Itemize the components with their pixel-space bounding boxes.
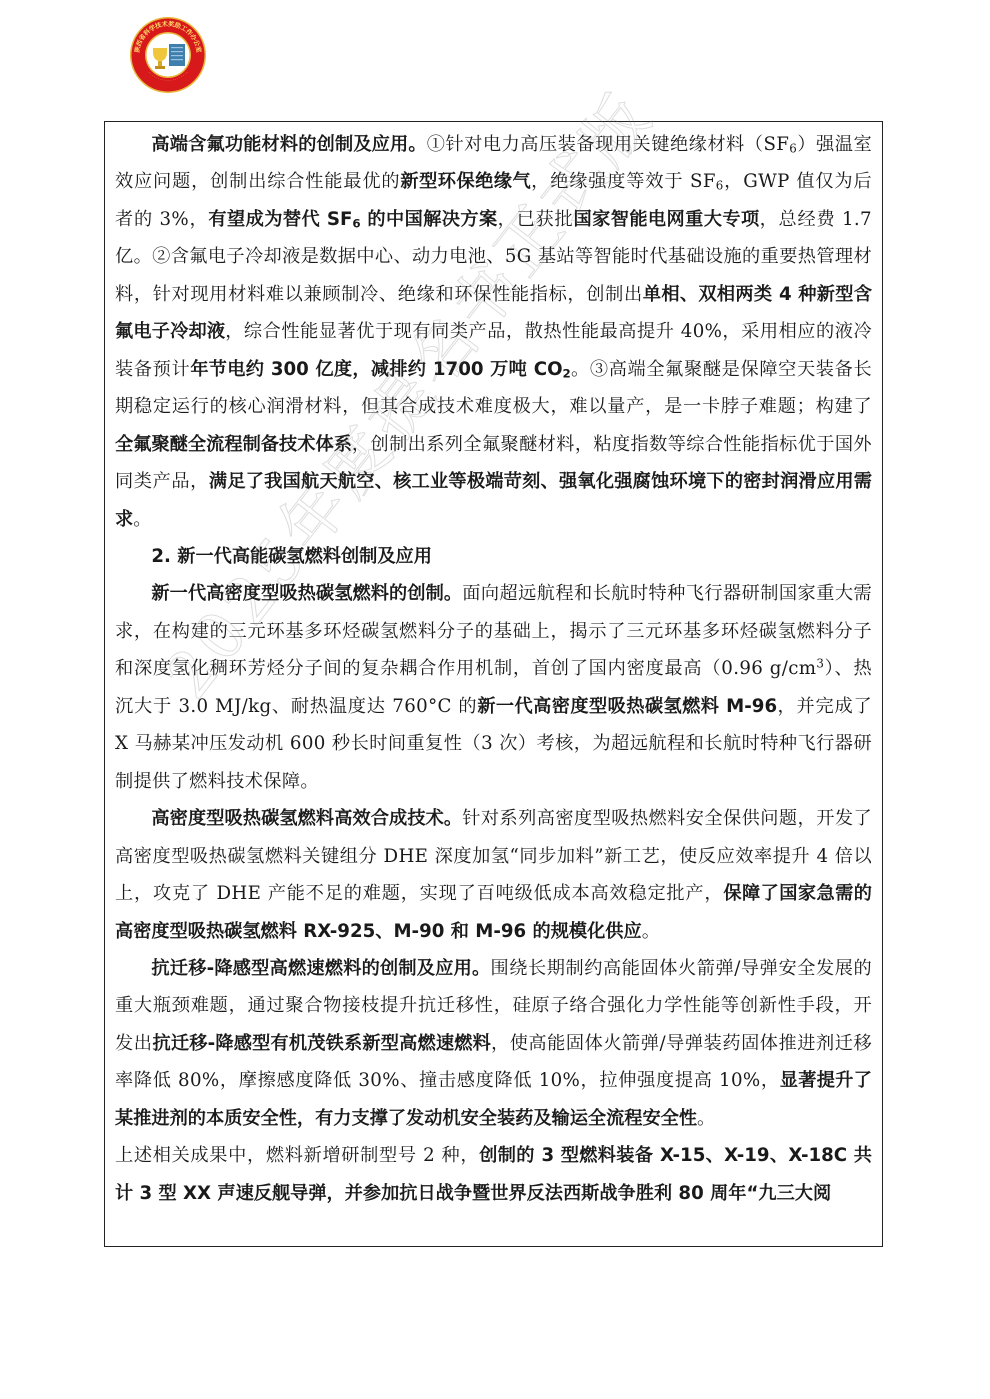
paragraph-fluorine-materials: 高端含氟功能材料的创制及应用。①针对电力高压装备现用关键绝缘材料（SF6）强温室… [115, 126, 872, 538]
content-box: 高端含氟功能材料的创制及应用。①针对电力高压装备现用关键绝缘材料（SF6）强温室… [104, 121, 883, 1247]
subscript: 6 [352, 216, 360, 230]
body-text: ，已获批 [498, 209, 574, 230]
body-text: 。 [133, 509, 152, 530]
emphasis-text: 国家智能电网重大专项 [573, 209, 759, 230]
award-office-seal-icon: 陕西省科学技术奖励工作办公室 · · · · · · · · · · · · ·… [129, 16, 207, 94]
subscript: 6 [716, 179, 724, 193]
body-text: 。 [642, 921, 661, 942]
body-text: ，绝缘强度等效于 SF [531, 171, 716, 192]
paragraph-high-density-fuel: 新一代高密度型吸热碳氢燃料的创制。面向超远航程和长航时特种飞行器研制国家重大需求… [115, 575, 872, 800]
emphasis-text: 全氟聚醚全流程制备技术体系 [115, 434, 352, 455]
emphasis-text: 新一代高密度型吸热碳氢燃料 M-96 [477, 696, 777, 717]
paragraph-summary: 上述相关成果中，燃料新增研制型号 2 种，创制的 3 型燃料装备 X-15、X-… [115, 1137, 872, 1212]
emphasis-text: 新型环保绝缘气 [400, 171, 531, 192]
paragraph-synthesis-technology: 高密度型吸热碳氢燃料高效合成技术。针对系列高密度型吸热燃料安全保供问题，开发了高… [115, 800, 872, 950]
paragraph-heading: 新一代高密度型吸热碳氢燃料的创制。 [151, 583, 462, 604]
emphasis-text: 有望成为替代 SF [208, 209, 352, 230]
emphasis-text: 的中国解决方案 [361, 209, 498, 230]
paragraph-heading: 高端含氟功能材料的创制及应用。 [151, 134, 426, 155]
award-office-seal-logo: 陕西省科学技术奖励工作办公室 · · · · · · · · · · · · ·… [129, 16, 207, 94]
paragraph-heading: 高密度型吸热碳氢燃料高效合成技术。 [151, 808, 462, 829]
subscript: 2 [563, 366, 571, 380]
body-text: 上述相关成果中，燃料新增研制型号 2 种， [115, 1145, 479, 1166]
body-text: 。 [697, 1108, 716, 1129]
emphasis-text: 抗迁移-降感型有机茂铁系新型高燃速燃料 [152, 1033, 491, 1054]
section-title: 2. 新一代高能碳氢燃料创制及应用 [115, 538, 872, 575]
paragraph-heading: 抗迁移-降感型高燃速燃料的创制及应用。 [151, 958, 490, 979]
subscript: 6 [789, 141, 797, 155]
body-text: ①针对电力高压装备现用关键绝缘材料（SF [427, 134, 790, 155]
emphasis-text: 年节电约 300 亿度，减排约 1700 万吨 CO [190, 359, 562, 380]
paragraph-burn-rate-fuel: 抗迁移-降感型高燃速燃料的创制及应用。围绕长期制约高能固体火箭弹/导弹安全发展的… [115, 950, 872, 1137]
emphasis-text: 满足了我国航天航空、核工业等极端苛刻、强氧化强腐蚀环境下的密封润滑应用需求 [115, 471, 872, 529]
